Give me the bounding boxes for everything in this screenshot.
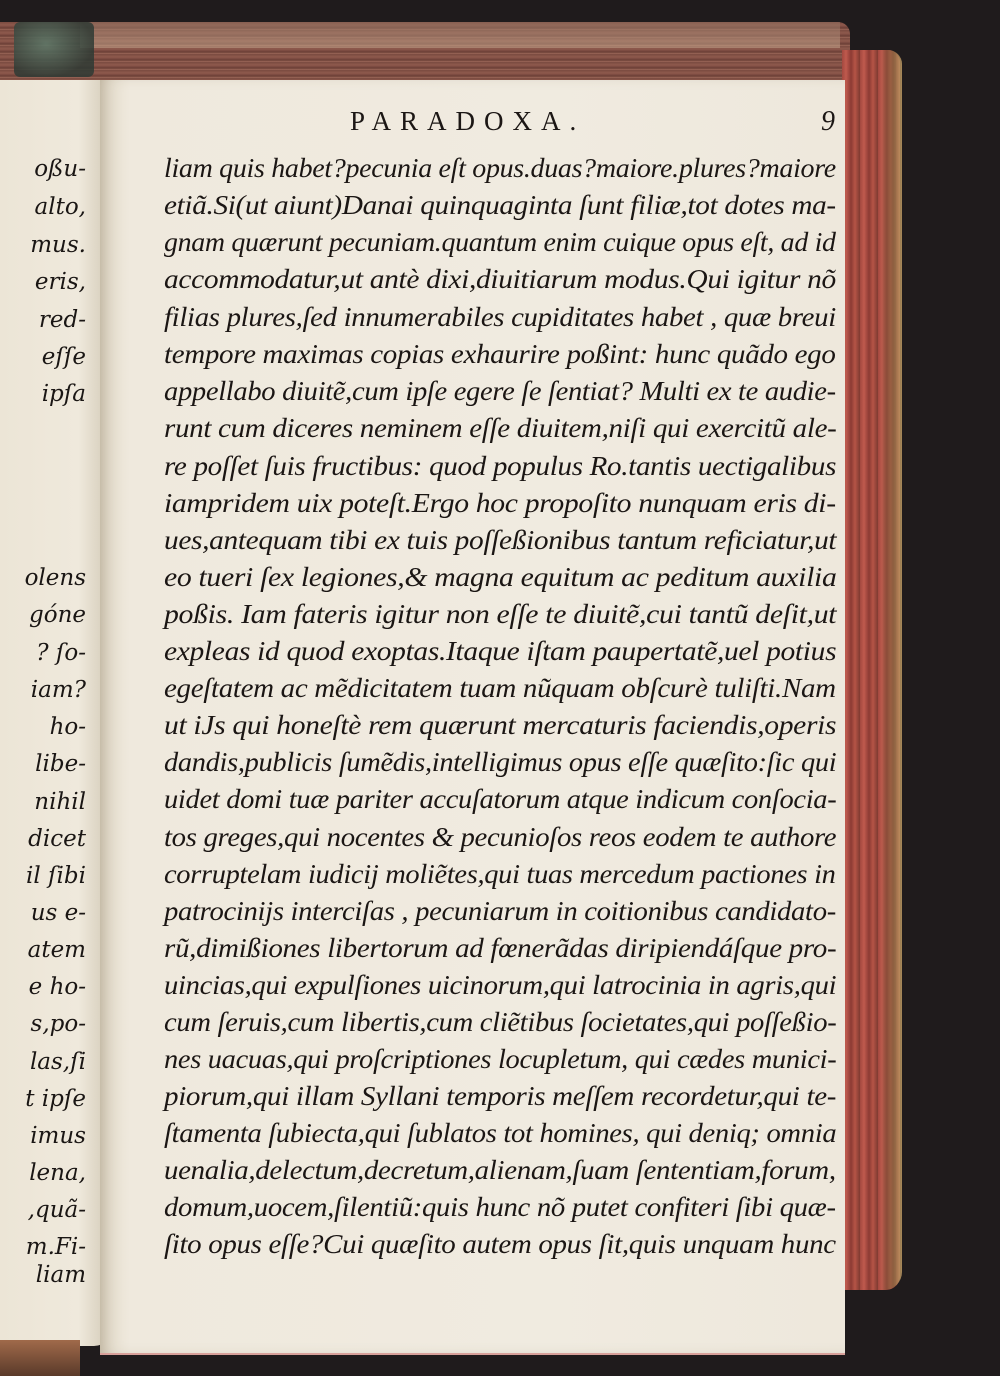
left-fragment: mus. <box>30 232 86 258</box>
left-fragment: oßu- <box>34 156 86 182</box>
text-line: ues,antequam tibi ex tuis poſſeßionibus … <box>164 524 836 556</box>
binding-edge <box>880 50 902 1290</box>
text-line: runt cum diceres neminem eſſe diuitem,ni… <box>164 412 837 444</box>
left-fragment: las,ſi <box>30 1049 86 1075</box>
top-edge-highlight <box>80 22 840 48</box>
text-line: expleas id quod exoptas.Itaque iſtam pau… <box>164 635 836 667</box>
text-line: filias plures,ſed innumerabiles cupidita… <box>164 301 836 333</box>
binding-corner <box>14 22 94 77</box>
text-line: ſito opus eſſe?Cui quæſito autem opus ſi… <box>164 1228 836 1260</box>
left-fragment: red- <box>39 307 86 333</box>
text-line: re poſſet ſuis fructibus: quod populus R… <box>164 450 836 482</box>
left-fragment: ? ſo- <box>36 640 86 666</box>
left-fragment: m.Fi- <box>26 1234 86 1260</box>
left-fragment: alto, <box>35 194 86 220</box>
text-line: corruptelam iudicij moliẽtes,qui tuas me… <box>164 858 836 890</box>
text-line: ſtamenta ſubiecta,qui ſublatos tot homin… <box>164 1117 836 1149</box>
left-page-bottom-edge <box>0 1340 80 1376</box>
text-line: patrocinijs interciſas , pecuniarum in c… <box>164 895 836 927</box>
page-number: 9 <box>821 106 835 138</box>
text-line: etiã.Si(ut aiunt)Danai quinquaginta ſunt… <box>164 189 836 221</box>
left-fragment: libe- <box>35 751 86 777</box>
text-line: gnam quærunt pecuniam.quantum enim cuiqu… <box>164 226 836 258</box>
left-fragment: lena, <box>29 1160 86 1186</box>
text-line: piorum,qui illam Syllani temporis meſſem… <box>164 1080 836 1112</box>
text-line: tempore maximas copias exhaurire poßint:… <box>164 338 836 370</box>
text-line: nes uacuas,qui proſcriptiones locupletum… <box>164 1043 836 1075</box>
left-fragment: eris, <box>35 269 86 295</box>
text-line: liam quis habet?pecunia eſt opus.duas?ma… <box>164 152 836 184</box>
left-fragment: liam <box>36 1262 86 1288</box>
text-line: appellabo diuitẽ,cum ipſe egere ſe ſenti… <box>164 375 836 407</box>
text-line: uidet domi tuæ pariter accuſatorum atque… <box>164 783 836 815</box>
text-line: cum ſeruis,cum libertis,cum cliẽtibus ſo… <box>164 1006 836 1038</box>
left-fragment: imus <box>30 1123 86 1149</box>
left-fragment: us e- <box>31 900 86 926</box>
left-fragment: s,po- <box>31 1011 86 1037</box>
left-fragment: iam? <box>31 677 86 703</box>
left-fragment: nihil <box>34 789 86 815</box>
text-line: uenalia,delectum,decretum,alienam,ſuam ſ… <box>164 1154 836 1186</box>
text-line: poßis. Iam fateris igitur non eſſe te di… <box>164 598 836 630</box>
left-fragment: eſſe <box>42 344 86 370</box>
text-line: uincias,qui expulſiones uicinorum,qui la… <box>164 969 836 1001</box>
running-head: PARADOXA. <box>350 106 670 137</box>
text-line: accommodatur,ut antè dixi,diuitiarum mod… <box>164 263 836 295</box>
left-fragment: olens <box>25 565 86 591</box>
text-line: dandis,publicis ſumẽdis,intelligimus opu… <box>164 746 836 778</box>
left-fragment: dicet <box>28 826 86 852</box>
text-line: eo tueri ſex legiones,& magna equitum ac… <box>164 561 836 593</box>
left-fragment: ,quã- <box>28 1197 86 1223</box>
text-line: rũ,dimißiones libertorum ad fœnerãdas di… <box>164 932 836 964</box>
left-fragment: t ipſe <box>25 1086 86 1112</box>
left-fragment: ho- <box>50 714 86 740</box>
left-fragment: ipſa <box>42 381 86 407</box>
left-fragment: góne <box>29 602 86 628</box>
left-fragment: il ſibi <box>26 863 86 889</box>
text-line: tos greges,qui nocentes & pecunioſos reo… <box>164 821 836 853</box>
left-fragment: atem <box>28 937 86 963</box>
text-line: ut iJs qui honeſtè rem quærunt mercaturi… <box>164 709 836 741</box>
text-line: iampridem uix poteſt.Ergo hoc propoſito … <box>164 487 836 519</box>
left-fragment: e ho- <box>29 974 86 1000</box>
text-line: domum,uocem,ſilentiũ:quis hunc nõ putet … <box>164 1191 836 1223</box>
text-line: egeſtatem ac mẽdicitatem tuam nũquam obſ… <box>164 672 836 704</box>
